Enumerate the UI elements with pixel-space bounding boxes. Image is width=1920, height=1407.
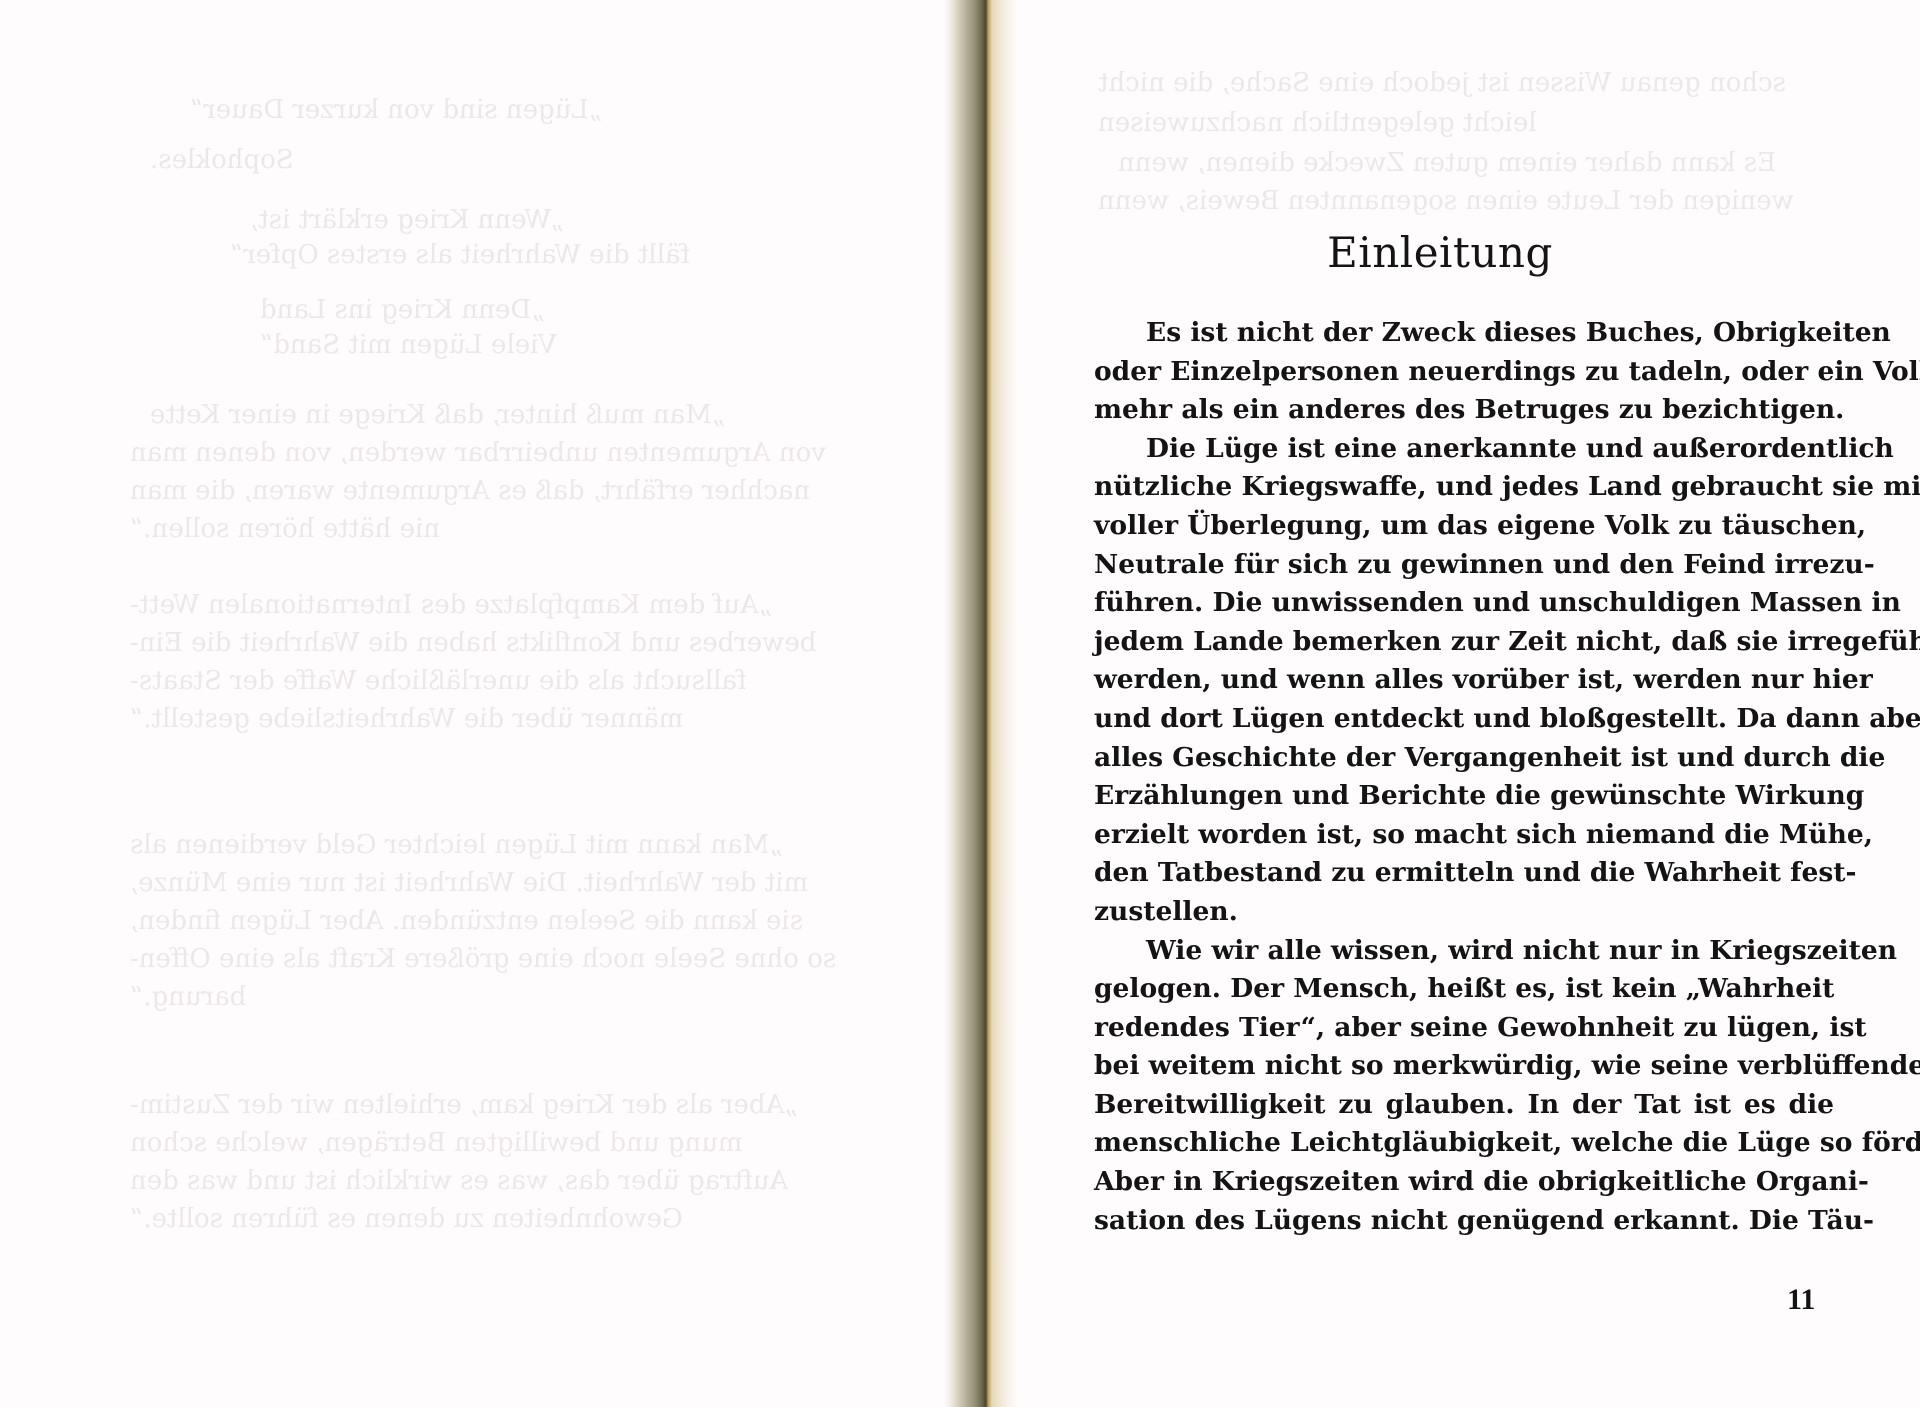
text-line: erzielt worden ist, so macht sich nieman… (1094, 816, 1834, 855)
chapter-title: Einleitung (1285, 228, 1595, 277)
bleed-through-text: „Denn Krieg ins Land (260, 295, 545, 325)
text-line: nützliche Kriegswaffe, und jedes Land ge… (1094, 468, 1834, 507)
bleed-through-text: bewerbes und Konflikts haben die Wahrhei… (130, 628, 816, 658)
bleed-through-text: Gewohnheiten zu denen es führen sollte.“ (130, 1204, 683, 1234)
bleed-through-text: Viele Lügen mit Sand“ (260, 330, 557, 360)
text-line: mehr als ein anderes des Betruges zu bez… (1094, 391, 1834, 430)
text-line: zustellen. (1094, 893, 1834, 932)
book-spread: „Lügen sind von kurzer Dauer“ Sophokles.… (0, 0, 1920, 1407)
text-line: bei weitem nicht so merkwürdig, wie sein… (1094, 1047, 1834, 1086)
bleed-through-text: „Man muß hinter, daß Kriege in einer Ket… (150, 400, 725, 430)
text-line: und dort Lügen entdeckt und bloßgestellt… (1094, 700, 1834, 739)
bleed-through-text: fallsucht als die unerläßliche Waffe der… (130, 666, 747, 696)
body-text: Es ist nicht der Zweck dieses Buches, Ob… (1094, 314, 1834, 1240)
bleed-through-text: „Wenn Krieg erklärt ist, (250, 205, 564, 235)
bleed-through-text: sie kann die Seelen entzünden. Aber Lüge… (130, 906, 803, 936)
bleed-through-text: „Man kann mit Lügen leichter Geld verdie… (130, 830, 783, 860)
bleed-through-text: leicht gelegentlich nachzuweisen (1098, 108, 1537, 138)
text-line: menschliche Leichtgläubigkeit, welche di… (1094, 1124, 1834, 1163)
text-line: Die Lüge ist eine anerkannte und außeror… (1094, 430, 1834, 469)
bleed-through-text: so ohne Seele noch eine größere Kraft al… (130, 944, 836, 974)
text-line: Erzählungen und Berichte die gewünschte … (1094, 777, 1834, 816)
book-gutter (944, 0, 1018, 1407)
bleed-through-text: schon genau Wissen ist jedoch eine Sache… (1098, 68, 1786, 98)
text-line: Bereitwilligkeit zu glauben. In der Tat … (1094, 1086, 1834, 1125)
bleed-through-text: mung und bewilligten Beträgen, welche sc… (130, 1128, 743, 1158)
text-line: den Tatbestand zu ermitteln und die Wahr… (1094, 854, 1834, 893)
text-line: voller Überlegung, um das eigene Volk zu… (1094, 507, 1834, 546)
page-number: 11 (1787, 1283, 1815, 1317)
text-line: oder Einzelpersonen neuerdings zu tadeln… (1094, 353, 1834, 392)
text-line: jedem Lande bemerken zur Zeit nicht, daß… (1094, 623, 1834, 662)
bleed-through-text: Sophokles. (150, 145, 294, 175)
bleed-through-text: „Aber als der Krieg kam, erhielten wir d… (130, 1090, 798, 1120)
bleed-through-text: Auftrag über das, was es wirklich ist un… (130, 1166, 788, 1196)
bleed-through-text: nachher erfährt, daß es Argumente waren,… (130, 476, 810, 506)
text-line: gelogen. Der Mensch, heißt es, ist kein … (1094, 970, 1834, 1009)
text-line: sation des Lügens nicht genügend erkannt… (1094, 1202, 1834, 1241)
text-line: alles Geschichte der Vergangenheit ist u… (1094, 739, 1834, 778)
text-line: Wie wir alle wissen, wird nicht nur in K… (1094, 932, 1834, 971)
text-line: Neutrale für sich zu gewinnen und den Fe… (1094, 546, 1834, 585)
bleed-through-text: „Lügen sind von kurzer Dauer“ (190, 95, 602, 125)
bleed-through-text: fällt die Wahrheit als erstes Opfer“ (230, 240, 690, 270)
bleed-through-text: von Argumenten unbeirrbar werden, von de… (130, 438, 826, 468)
bleed-through-text: „Auf dem Kampfplatze des Internationalen… (130, 590, 772, 620)
bleed-through-text: wenigen der Leute einen sogenannten Bewe… (1098, 186, 1794, 216)
bleed-through-text: mit der Wahrheit. Die Wahrheit ist nur e… (130, 868, 808, 898)
text-line: werden, und wenn alles vorüber ist, werd… (1094, 661, 1834, 700)
bleed-through-text: männer über die Wahrheitsliebe gestellt.… (130, 704, 683, 734)
left-page: „Lügen sind von kurzer Dauer“ Sophokles.… (0, 0, 944, 1407)
bleed-through-text: Es kann daher einem guten Zwecke dienen,… (1118, 148, 1776, 178)
text-line: redendes Tier“, aber seine Gewohnheit zu… (1094, 1009, 1834, 1048)
bleed-through-text: nie hätte hören sollen.“ (130, 514, 440, 544)
bleed-through-text: barung.“ (130, 982, 246, 1012)
text-line: führen. Die unwissenden und unschuldigen… (1094, 584, 1834, 623)
text-line: Es ist nicht der Zweck dieses Buches, Ob… (1094, 314, 1834, 353)
text-line: Aber in Kriegszeiten wird die obrigkeitl… (1094, 1163, 1834, 1202)
